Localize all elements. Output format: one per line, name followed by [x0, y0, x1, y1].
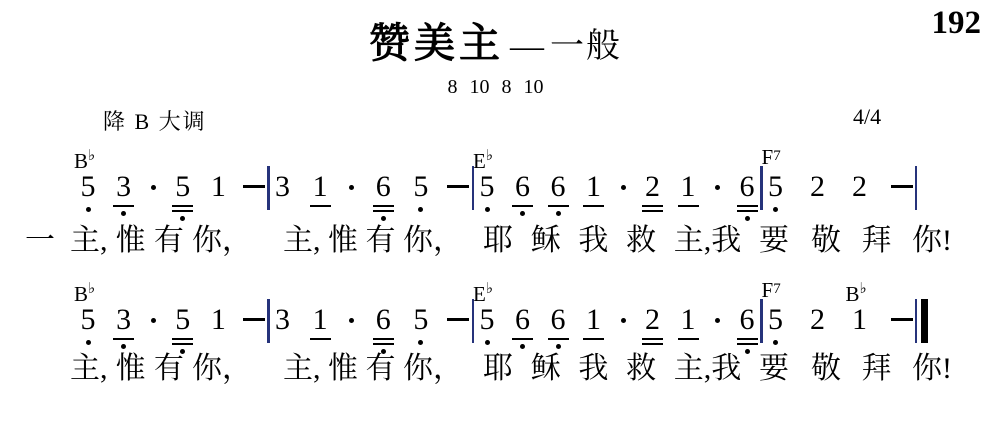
note-digit: 5 — [81, 171, 96, 203]
measure: F7522 — [763, 171, 915, 212]
lyric-syllable: 要 — [759, 224, 789, 258]
verse-number: 一 — [25, 224, 55, 258]
note-digit: 6 — [740, 171, 755, 203]
note: B♭1 — [847, 304, 873, 345]
note: 1 — [307, 304, 333, 354]
note-digit: 5 — [480, 304, 495, 336]
dot-glyph — [715, 185, 720, 190]
measure: E♭5661216 — [474, 304, 760, 354]
lyric-syllable: 你， — [192, 224, 252, 258]
note: F75 — [763, 304, 789, 345]
lyric-group: 主,惟有你， — [70, 352, 252, 386]
notation-row: B♭53513165E♭5661216F7522 — [75, 171, 917, 221]
barline-thin — [915, 299, 918, 343]
note: 6 — [545, 304, 571, 354]
low-octave-dot — [86, 207, 91, 212]
flat-symbol: ♭ — [486, 148, 493, 164]
low-octave-dot — [556, 344, 561, 349]
note-digit: 5 — [175, 171, 190, 203]
lyric-syllable: 主, — [70, 352, 108, 386]
duration-underline — [373, 210, 394, 212]
key-signature: 降 B 大调 — [103, 105, 207, 136]
low-octave-dot — [418, 340, 423, 345]
note: 3 — [270, 304, 296, 354]
note: 6 — [545, 171, 571, 221]
note-digit: 3 — [116, 171, 131, 203]
duration-underline — [548, 205, 569, 207]
time-signature: 4/4 — [853, 104, 881, 130]
note: 1 — [307, 171, 333, 221]
lyric-syllable: 稣 — [531, 224, 561, 258]
lyric-syllable: 有 — [366, 224, 396, 258]
measure: F752B♭1 — [763, 304, 915, 345]
note-digit: 5 — [413, 304, 428, 336]
note-digit: 2 — [645, 304, 660, 336]
note-digit: 5 — [413, 171, 428, 203]
chord-root: B — [74, 282, 88, 306]
note: 6 — [370, 304, 396, 354]
note-digit: 5 — [768, 304, 783, 336]
augmentation-dot — [345, 304, 359, 354]
flat-symbol: ♭ — [486, 281, 493, 297]
low-octave-dot — [520, 211, 525, 216]
note-digit: 2 — [810, 171, 825, 203]
measure: B♭5351 — [75, 304, 267, 354]
measure: 3165 — [270, 171, 472, 221]
lyric-syllable: 要 — [759, 352, 789, 386]
low-octave-dot — [86, 340, 91, 345]
lyric-group: 耶稣我救主,我要 — [483, 352, 789, 386]
duration-dash — [241, 304, 267, 354]
note-digit: 1 — [313, 304, 328, 336]
dot-glyph — [621, 185, 626, 190]
lyric-syllable: 敬 — [811, 224, 841, 258]
note: 5 — [408, 171, 434, 221]
note-digit: 1 — [313, 171, 328, 203]
note: 2 — [805, 304, 831, 345]
lyric-syllable: 你， — [192, 352, 252, 386]
chord-root: B — [846, 282, 860, 306]
dash-glyph — [243, 318, 265, 321]
duration-underline — [310, 338, 331, 340]
duration-underline — [583, 205, 604, 207]
dot-glyph — [349, 318, 354, 323]
duration-underline — [737, 338, 758, 340]
low-octave-dot — [121, 211, 126, 216]
note: 6 — [510, 171, 536, 221]
low-octave-dot — [121, 344, 126, 349]
low-octave-dot — [180, 216, 185, 221]
duration-underline — [737, 343, 758, 345]
low-octave-dot — [745, 216, 750, 221]
duration-underline — [642, 210, 663, 212]
note-digit: 1 — [681, 171, 696, 203]
chord-seventh: 7 — [773, 148, 781, 164]
note: 5 — [170, 171, 196, 221]
chord-label: F7 — [762, 278, 781, 304]
note: 3 — [270, 171, 296, 221]
augmentation-dot — [616, 171, 630, 221]
duration-underline — [642, 338, 663, 340]
title-subtitle: 一般 — [550, 28, 622, 65]
duration-underline — [373, 343, 394, 345]
low-octave-dot — [773, 207, 778, 212]
duration-dash — [889, 171, 915, 212]
page-number: 192 — [932, 5, 982, 42]
dash-glyph — [891, 318, 913, 321]
dash-glyph — [447, 185, 469, 188]
lyric-syllable: 有 — [366, 352, 396, 386]
lyric-syllable: 你， — [403, 352, 463, 386]
note-digit: 5 — [768, 171, 783, 203]
chord-root: F — [762, 145, 774, 169]
dot-glyph — [715, 318, 720, 323]
lyric-syllable: 主, — [283, 224, 321, 258]
lyric-syllable: 我 — [578, 352, 608, 386]
lyric-syllable: 主,我 — [674, 352, 742, 386]
page-title: 赞美主—一般 — [0, 10, 991, 69]
note-digit: 1 — [586, 304, 601, 336]
note: F75 — [763, 171, 789, 212]
note: 1 — [581, 171, 607, 221]
note: 6 — [734, 171, 760, 221]
duration-underline — [548, 338, 569, 340]
duration-underline — [737, 205, 758, 207]
lyric-syllable: 拜 — [862, 352, 892, 386]
dash-glyph — [447, 318, 469, 321]
note: 6 — [370, 171, 396, 221]
augmentation-dot — [616, 304, 630, 354]
note: B♭5 — [75, 171, 101, 221]
note: 1 — [675, 304, 701, 354]
duration-underline — [737, 210, 758, 212]
lyric-syllable: 我 — [578, 224, 608, 258]
low-octave-dot — [520, 344, 525, 349]
note: E♭5 — [474, 304, 500, 354]
measure: E♭5661216 — [474, 171, 760, 221]
title-main: 赞美主 — [369, 20, 504, 66]
barline-thick — [921, 299, 928, 343]
chord-seventh: 7 — [773, 281, 781, 297]
lyric-group: 耶稣我救主,我要 — [483, 224, 789, 258]
note: 2 — [640, 304, 666, 354]
lyric-syllable: 拜 — [862, 224, 892, 258]
lyric-syllable: 你! — [912, 224, 952, 258]
chord-label: B♭ — [846, 278, 867, 308]
lyric-syllable: 救 — [626, 352, 656, 386]
augmentation-dot — [345, 171, 359, 221]
duration-underline — [172, 205, 193, 207]
duration-underline — [113, 338, 134, 340]
duration-underline — [678, 205, 699, 207]
dot-glyph — [151, 318, 156, 323]
lyric-syllable: 救 — [626, 224, 656, 258]
duration-underline — [172, 338, 193, 340]
lyric-syllable: 主, — [283, 352, 321, 386]
note-digit: 6 — [551, 171, 566, 203]
title-dash: — — [504, 28, 550, 65]
low-octave-dot — [485, 207, 490, 212]
note-digit: 1 — [852, 304, 867, 336]
duration-underline — [172, 343, 193, 345]
note-digit: 1 — [681, 304, 696, 336]
note-digit: 3 — [275, 304, 290, 336]
note: 5 — [170, 304, 196, 354]
duration-dash — [241, 171, 267, 221]
note: 2 — [805, 171, 831, 212]
note-digit: 3 — [275, 171, 290, 203]
note-digit: 1 — [211, 171, 226, 203]
final-barline — [915, 299, 929, 343]
lyric-syllable: 主, — [70, 224, 108, 258]
chord-root: F — [762, 278, 774, 302]
note-digit: 6 — [515, 171, 530, 203]
flat-symbol: ♭ — [860, 281, 867, 297]
flat-symbol: ♭ — [88, 281, 95, 297]
augmentation-dot — [711, 304, 725, 354]
note: 2 — [847, 171, 873, 212]
note: 1 — [205, 171, 231, 221]
augmentation-dot — [146, 171, 160, 221]
measure: 3165 — [270, 304, 472, 354]
duration-underline — [512, 205, 533, 207]
chord-root: E — [473, 282, 486, 306]
lyric-group: 敬拜你! — [811, 352, 952, 386]
augmentation-dot — [711, 171, 725, 221]
duration-dash — [889, 304, 915, 345]
lyric-syllable: 有 — [154, 352, 184, 386]
lyric-syllable: 惟 — [116, 352, 146, 386]
lyric-group: 主,惟有你， — [283, 224, 463, 258]
lyric-syllable: 敬 — [811, 352, 841, 386]
duration-dash — [445, 171, 471, 221]
note-digit: 2 — [852, 171, 867, 203]
lyric-group: 主,惟有你， — [70, 224, 252, 258]
duration-underline — [678, 338, 699, 340]
lyric-group: 主,惟有你， — [283, 352, 463, 386]
duration-underline — [583, 338, 604, 340]
duration-underline — [512, 338, 533, 340]
lyric-syllable: 耶 — [483, 352, 513, 386]
chord-label: E♭ — [473, 145, 493, 175]
lyric-syllable: 有 — [154, 224, 184, 258]
low-octave-dot — [381, 216, 386, 221]
note-digit: 1 — [586, 171, 601, 203]
note: 5 — [408, 304, 434, 354]
barline — [915, 166, 918, 210]
note-digit: 5 — [480, 171, 495, 203]
duration-underline — [642, 205, 663, 207]
chord-label: E♭ — [473, 278, 493, 308]
chord-label: F7 — [762, 145, 781, 171]
duration-underline — [373, 205, 394, 207]
note-digit: 2 — [810, 304, 825, 336]
low-octave-dot — [556, 211, 561, 216]
note: 1 — [205, 304, 231, 354]
augmentation-dot — [146, 304, 160, 354]
note-digit: 6 — [740, 304, 755, 336]
dot-glyph — [621, 318, 626, 323]
note-digit: 1 — [211, 304, 226, 336]
note-digit: 3 — [116, 304, 131, 336]
note-digit: 5 — [175, 304, 190, 336]
note: 2 — [640, 171, 666, 221]
chord-label: B♭ — [74, 278, 95, 308]
flat-symbol: ♭ — [88, 148, 95, 164]
duration-dash — [445, 304, 471, 354]
low-octave-dot — [773, 340, 778, 345]
lyric-syllable: 惟 — [328, 224, 358, 258]
chord-label: B♭ — [74, 145, 95, 175]
lyric-syllable: 稣 — [531, 352, 561, 386]
dash-glyph — [891, 185, 913, 188]
hymn-meter: 8 10 8 10 — [0, 76, 991, 99]
note: 6 — [510, 304, 536, 354]
lyric-syllable: 你， — [403, 224, 463, 258]
hymn-sheet-page: 赞美主—一般 192 8 10 8 10 降 B 大调 4/4 B♭535131… — [0, 0, 991, 437]
notation-row: B♭53513165E♭5661216F752B♭1 — [75, 304, 928, 354]
note-digit: 6 — [376, 304, 391, 336]
note: 1 — [675, 171, 701, 221]
measure: B♭5351 — [75, 171, 267, 221]
duration-underline — [172, 210, 193, 212]
lyric-syllable: 主,我 — [674, 224, 742, 258]
note: E♭5 — [474, 171, 500, 221]
note: 3 — [111, 171, 137, 221]
chord-root: E — [473, 149, 486, 173]
chord-root: B — [74, 149, 88, 173]
note-digit: 2 — [645, 171, 660, 203]
note-digit: 6 — [551, 304, 566, 336]
lyric-group: 敬拜你! — [811, 224, 952, 258]
lyric-syllable: 耶 — [483, 224, 513, 258]
duration-underline — [642, 343, 663, 345]
lyric-syllable: 惟 — [116, 224, 146, 258]
dot-glyph — [151, 185, 156, 190]
note: B♭5 — [75, 304, 101, 354]
low-octave-dot — [485, 340, 490, 345]
note: 6 — [734, 304, 760, 354]
dash-glyph — [243, 185, 265, 188]
duration-underline — [373, 338, 394, 340]
lyric-syllable: 惟 — [328, 352, 358, 386]
note-digit: 5 — [81, 304, 96, 336]
low-octave-dot — [418, 207, 423, 212]
note-digit: 6 — [515, 304, 530, 336]
note: 3 — [111, 304, 137, 354]
duration-underline — [113, 205, 134, 207]
note-digit: 6 — [376, 171, 391, 203]
lyric-syllable: 你! — [912, 352, 952, 386]
note: 1 — [581, 304, 607, 354]
dot-glyph — [349, 185, 354, 190]
duration-underline — [310, 205, 331, 207]
